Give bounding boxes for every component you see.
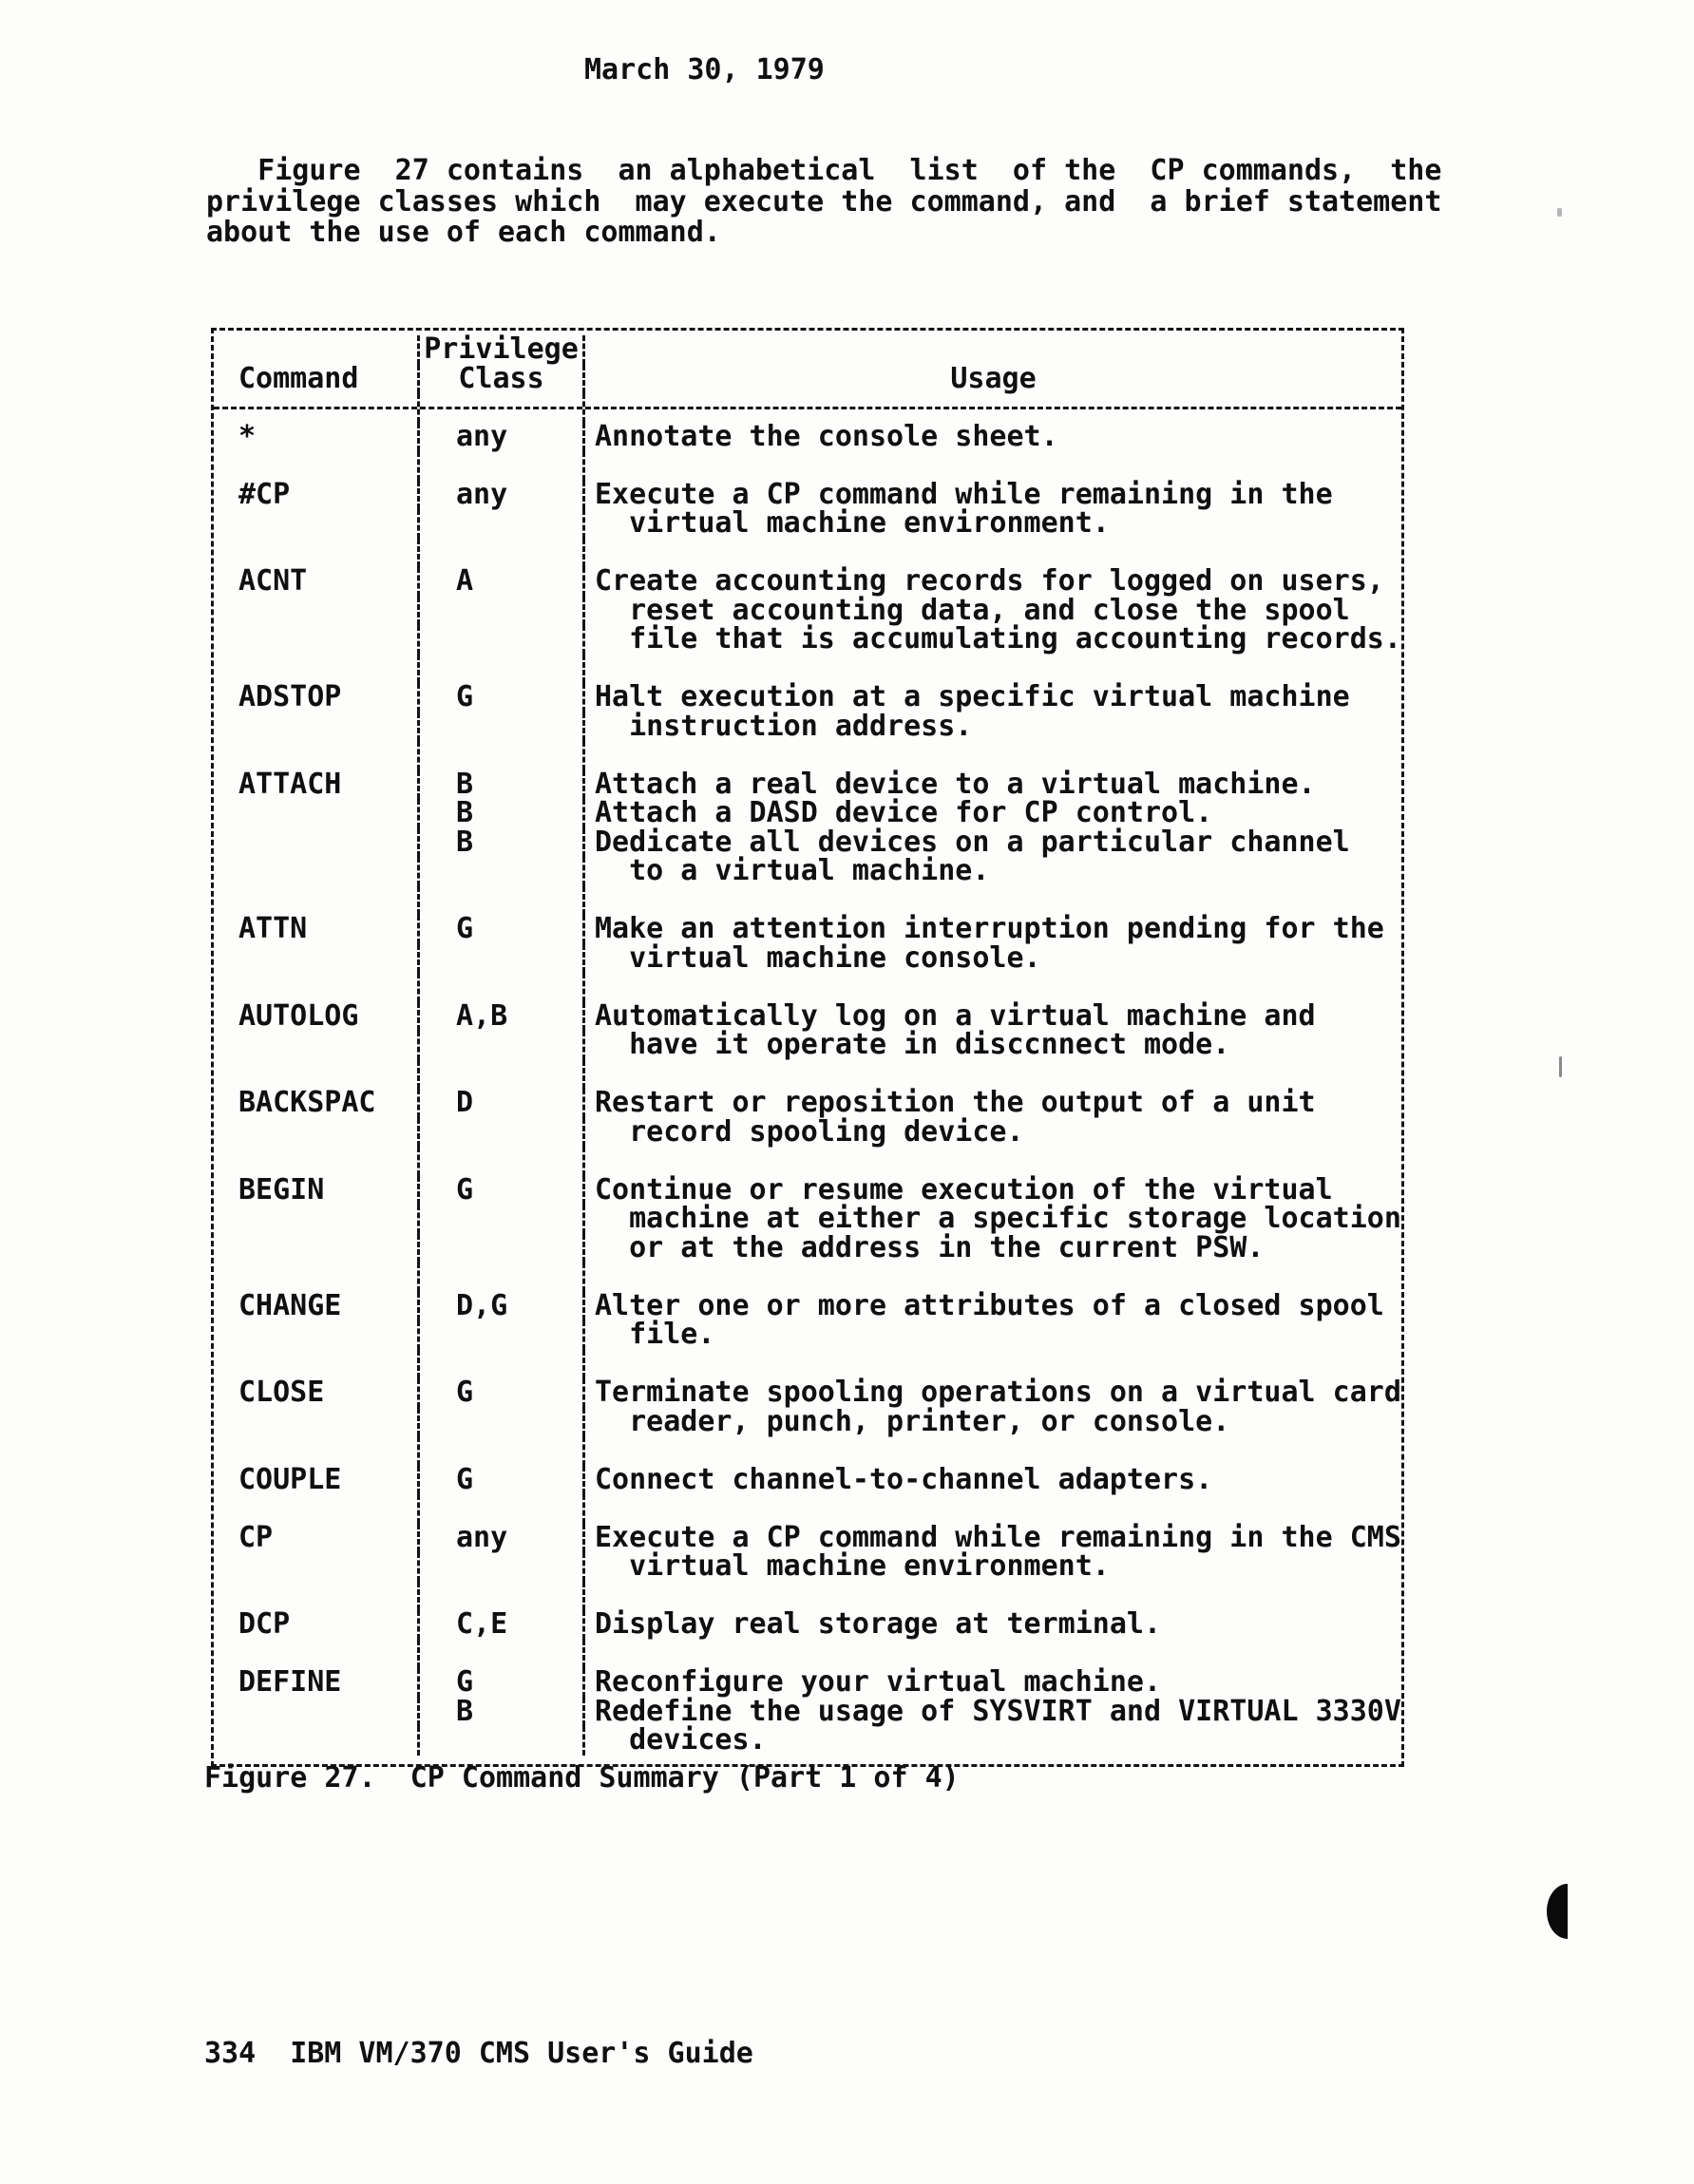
ink-tick-artifact: [1559, 1056, 1562, 1077]
class-cell: [417, 1350, 582, 1379]
command-cell: [214, 1234, 417, 1263]
class-cell: [417, 1234, 582, 1263]
usage-cell: instruction address.: [582, 712, 1401, 742]
usage-cell: Restart or reposition the output of a un…: [582, 1089, 1401, 1118]
usage-cell: [582, 539, 1401, 568]
usage-cell: record spooling device.: [582, 1118, 1401, 1148]
table-row: ACNTACreate accounting records for logge…: [214, 567, 1401, 597]
usage-cell: [582, 886, 1401, 916]
command-cell: [214, 1408, 417, 1437]
command-cell: [214, 509, 417, 539]
table-blank-line: [214, 1494, 1401, 1524]
table-row: CPanyExecute a CP command while remainin…: [214, 1524, 1401, 1553]
usage-cell: [582, 1350, 1401, 1379]
class-cell: A,B: [417, 1002, 582, 1032]
command-cell: [214, 828, 417, 858]
class-cell: [417, 655, 582, 684]
command-cell: [214, 1726, 417, 1756]
command-cell: [214, 1494, 417, 1524]
class-cell: [417, 539, 582, 568]
table-blank-line: [214, 886, 1401, 916]
usage-cell: [582, 335, 1401, 365]
class-cell: [417, 1726, 582, 1756]
class-cell: [417, 741, 582, 770]
usage-cell: machine at either a specific storage loc…: [582, 1205, 1401, 1234]
class-cell: [417, 857, 582, 886]
class-cell: [417, 1205, 582, 1234]
usage-cell: [582, 1494, 1401, 1524]
class-cell: [417, 1494, 582, 1524]
usage-cell: Make an attention interruption pending f…: [582, 915, 1401, 944]
class-cell: D,G: [417, 1292, 582, 1321]
class-cell: Privilege: [417, 335, 582, 365]
class-cell: [417, 1320, 582, 1350]
table-row: virtual machine environment.: [214, 1552, 1401, 1582]
command-cell: [214, 886, 417, 916]
figure-caption: Figure 27. CP Command Summary (Part 1 of…: [204, 1763, 960, 1794]
usage-cell: Terminate spooling operations on a virtu…: [582, 1378, 1401, 1408]
command-cell: [214, 1552, 417, 1582]
usage-cell: Reconfigure your virtual machine.: [582, 1668, 1401, 1698]
command-cell: DEFINE: [214, 1668, 417, 1698]
class-cell: B: [417, 828, 582, 858]
class-cell: [417, 1060, 582, 1090]
usage-cell: file.: [582, 1320, 1401, 1350]
table-row: or at the address in the current PSW.: [214, 1234, 1401, 1263]
usage-cell: devices.: [582, 1726, 1401, 1756]
usage-cell: [582, 451, 1401, 481]
table-row: ADSTOPGHalt execution at a specific virt…: [214, 683, 1401, 712]
table-row: to a virtual machine.: [214, 857, 1401, 886]
class-cell: B: [417, 1698, 582, 1727]
usage-cell: Display real storage at terminal.: [582, 1610, 1401, 1640]
command-cell: AUTOLOG: [214, 1002, 417, 1032]
table-row: BDedicate all devices on a particular ch…: [214, 828, 1401, 858]
table-row: ATTNGMake an attention interruption pend…: [214, 915, 1401, 944]
class-cell: any: [417, 1524, 582, 1553]
usage-cell: Automatically log on a virtual machine a…: [582, 1002, 1401, 1032]
command-cell: CP: [214, 1524, 417, 1553]
table-blank-line: [214, 539, 1401, 568]
intro-line-2: privilege classes which may execute the …: [206, 187, 1441, 218]
table-blank-line: [214, 655, 1401, 684]
command-cell: ACNT: [214, 567, 417, 597]
command-cell: [214, 1640, 417, 1669]
usage-cell: Alter one or more attributes of a closed…: [582, 1292, 1401, 1321]
command-cell: [214, 655, 417, 684]
usage-cell: Connect channel-to-channel adapters.: [582, 1466, 1401, 1495]
class-cell: [417, 1582, 582, 1611]
command-cell: [214, 741, 417, 770]
table-row: file that is accumulating accounting rec…: [214, 625, 1401, 655]
class-cell: G: [417, 1668, 582, 1698]
command-cell: [214, 451, 417, 481]
command-cell: [214, 1436, 417, 1466]
ink-speck-artifact: [1557, 208, 1562, 217]
usage-cell: Attach a DASD device for CP control.: [582, 799, 1401, 828]
class-cell: D: [417, 1089, 582, 1118]
usage-cell: Redefine the usage of SYSVIRT and VIRTUA…: [582, 1698, 1401, 1727]
command-cell: [214, 539, 417, 568]
table-row: virtual machine environment.: [214, 509, 1401, 539]
usage-cell: to a virtual machine.: [582, 857, 1401, 886]
book-title: IBM VM/370 CMS User's Guide: [290, 2037, 753, 2070]
usage-cell: [582, 973, 1401, 1002]
command-cell: [214, 712, 417, 742]
cp-command-table: Privilege CommandClassUsage*anyAnnotate …: [211, 328, 1404, 1767]
table-row: BRedefine the usage of SYSVIRT and VIRTU…: [214, 1698, 1401, 1727]
table-row: DCPC,EDisplay real storage at terminal.: [214, 1610, 1401, 1640]
class-cell: [417, 1147, 582, 1176]
class-cell: any: [417, 481, 582, 510]
class-cell: [417, 944, 582, 974]
command-cell: [214, 335, 417, 365]
usage-cell: [582, 1582, 1401, 1611]
command-cell: #CP: [214, 481, 417, 510]
table-row: have it operate in disccnnect mode.: [214, 1031, 1401, 1060]
table-blank-line: [214, 1582, 1401, 1611]
command-cell: [214, 625, 417, 655]
class-cell: A: [417, 567, 582, 597]
command-cell: [214, 1205, 417, 1234]
class-cell: [417, 1640, 582, 1669]
command-cell: [214, 1263, 417, 1292]
class-cell: [417, 1263, 582, 1292]
table-row: instruction address.: [214, 712, 1401, 742]
table-header-line-2: CommandClassUsage: [214, 365, 1401, 394]
table-row: BACKSPACDRestart or reposition the outpu…: [214, 1089, 1401, 1118]
table-row: BEGINGContinue or resume execution of th…: [214, 1176, 1401, 1206]
table-row: CLOSEGTerminate spooling operations on a…: [214, 1378, 1401, 1408]
table-row: machine at either a specific storage loc…: [214, 1205, 1401, 1234]
usage-cell: [582, 741, 1401, 770]
table-row: file.: [214, 1320, 1401, 1350]
class-cell: G: [417, 1466, 582, 1495]
table-row: reset accounting data, and close the spo…: [214, 597, 1401, 626]
class-cell: [417, 1118, 582, 1148]
class-cell: [417, 1408, 582, 1437]
command-cell: CHANGE: [214, 1292, 417, 1321]
command-cell: [214, 597, 417, 626]
page-date: March 30, 1979: [584, 55, 825, 85]
table-row: devices.: [214, 1726, 1401, 1756]
table-row: AUTOLOGA,BAutomatically log on a virtual…: [214, 1002, 1401, 1032]
table-blank-line: [214, 973, 1401, 1002]
page-footer: 334IBM VM/370 CMS User's Guide: [204, 2039, 753, 2069]
page-number: 334: [204, 2037, 256, 2070]
command-cell: ATTN: [214, 915, 417, 944]
command-cell: [214, 799, 417, 828]
class-cell: any: [417, 423, 582, 452]
usage-cell: [582, 1147, 1401, 1176]
command-cell: [214, 1060, 417, 1090]
table-header-separator: [214, 393, 1401, 423]
class-cell: G: [417, 1378, 582, 1408]
class-cell: [417, 1552, 582, 1582]
usage-cell: Create accounting records for logged on …: [582, 567, 1401, 597]
usage-cell: Halt execution at a specific virtual mac…: [582, 683, 1401, 712]
table-blank-line: [214, 1147, 1401, 1176]
class-cell: C,E: [417, 1610, 582, 1640]
usage-cell: Annotate the console sheet.: [582, 423, 1401, 452]
table-row: COUPLEGConnect channel-to-channel adapte…: [214, 1466, 1401, 1495]
class-cell: G: [417, 1176, 582, 1206]
command-cell: [214, 1147, 417, 1176]
table-blank-line: [214, 1263, 1401, 1292]
command-cell: BACKSPAC: [214, 1089, 417, 1118]
command-cell: DCP: [214, 1610, 417, 1640]
document-page: March 30, 1979 Figure 27 contains an alp…: [0, 0, 1694, 2184]
class-cell: [417, 393, 582, 423]
class-cell: [417, 597, 582, 626]
intro-paragraph: Figure 27 contains an alphabetical list …: [206, 156, 1441, 249]
usage-cell: [582, 1436, 1401, 1466]
usage-cell: [582, 393, 1401, 423]
usage-cell: [582, 1640, 1401, 1669]
usage-cell: [582, 1263, 1401, 1292]
class-cell: [417, 712, 582, 742]
intro-line-1: Figure 27 contains an alphabetical list …: [206, 156, 1441, 187]
command-cell: COUPLE: [214, 1466, 417, 1495]
table-blank-line: [214, 1060, 1401, 1090]
usage-cell: reader, punch, printer, or console.: [582, 1408, 1401, 1437]
table-row: *anyAnnotate the console sheet.: [214, 423, 1401, 452]
table-row: DEFINEGReconfigure your virtual machine.: [214, 1668, 1401, 1698]
usage-cell: virtual machine environment.: [582, 509, 1401, 539]
table-row: virtual machine console.: [214, 944, 1401, 974]
class-cell: B: [417, 799, 582, 828]
command-cell: [214, 1582, 417, 1611]
table-blank-line: [214, 1640, 1401, 1669]
command-cell: ADSTOP: [214, 683, 417, 712]
table-row: ATTACHBAttach a real device to a virtual…: [214, 770, 1401, 800]
command-cell: [214, 944, 417, 974]
usage-cell: or at the address in the current PSW.: [582, 1234, 1401, 1263]
ink-blob-artifact: [1547, 1884, 1568, 1939]
command-cell: [214, 1320, 417, 1350]
table-blank-line: [214, 1436, 1401, 1466]
command-cell: [214, 1350, 417, 1379]
class-cell: B: [417, 770, 582, 800]
table-header-line-1: Privilege: [214, 335, 1401, 365]
command-cell: *: [214, 423, 417, 452]
command-cell: [214, 857, 417, 886]
usage-cell: Attach a real device to a virtual machin…: [582, 770, 1401, 800]
usage-cell: Dedicate all devices on a particular cha…: [582, 828, 1401, 858]
class-cell: [417, 886, 582, 916]
table-row: #CPanyExecute a CP command while remaini…: [214, 481, 1401, 510]
usage-cell: Execute a CP command while remaining in …: [582, 1524, 1401, 1553]
table-blank-line: [214, 741, 1401, 770]
usage-cell: virtual machine environment.: [582, 1552, 1401, 1582]
command-cell: [214, 973, 417, 1002]
command-cell: [214, 393, 417, 423]
usage-cell: Continue or resume execution of the virt…: [582, 1176, 1401, 1206]
usage-cell: reset accounting data, and close the spo…: [582, 597, 1401, 626]
class-cell: [417, 1031, 582, 1060]
usage-cell: have it operate in disccnnect mode.: [582, 1031, 1401, 1060]
usage-cell: virtual machine console.: [582, 944, 1401, 974]
usage-cell: [582, 655, 1401, 684]
class-cell: Class: [417, 365, 582, 394]
table-blank-line: [214, 451, 1401, 481]
class-cell: [417, 973, 582, 1002]
table-row: reader, punch, printer, or console.: [214, 1408, 1401, 1437]
command-cell: Command: [214, 365, 417, 394]
class-cell: [417, 451, 582, 481]
class-cell: [417, 1436, 582, 1466]
command-cell: ATTACH: [214, 770, 417, 800]
command-cell: CLOSE: [214, 1378, 417, 1408]
usage-cell: file that is accumulating accounting rec…: [582, 625, 1401, 655]
class-cell: [417, 625, 582, 655]
intro-line-3: about the use of each command.: [206, 218, 1441, 249]
command-cell: BEGIN: [214, 1176, 417, 1206]
usage-cell: Usage: [582, 365, 1401, 394]
table-row: record spooling device.: [214, 1118, 1401, 1148]
table-blank-line: [214, 1350, 1401, 1379]
class-cell: G: [417, 683, 582, 712]
command-cell: [214, 1698, 417, 1727]
class-cell: [417, 509, 582, 539]
table-row: CHANGED,GAlter one or more attributes of…: [214, 1292, 1401, 1321]
command-cell: [214, 1031, 417, 1060]
table-row: BAttach a DASD device for CP control.: [214, 799, 1401, 828]
usage-cell: [582, 1060, 1401, 1090]
command-cell: [214, 1118, 417, 1148]
usage-cell: Execute a CP command while remaining in …: [582, 481, 1401, 510]
class-cell: G: [417, 915, 582, 944]
